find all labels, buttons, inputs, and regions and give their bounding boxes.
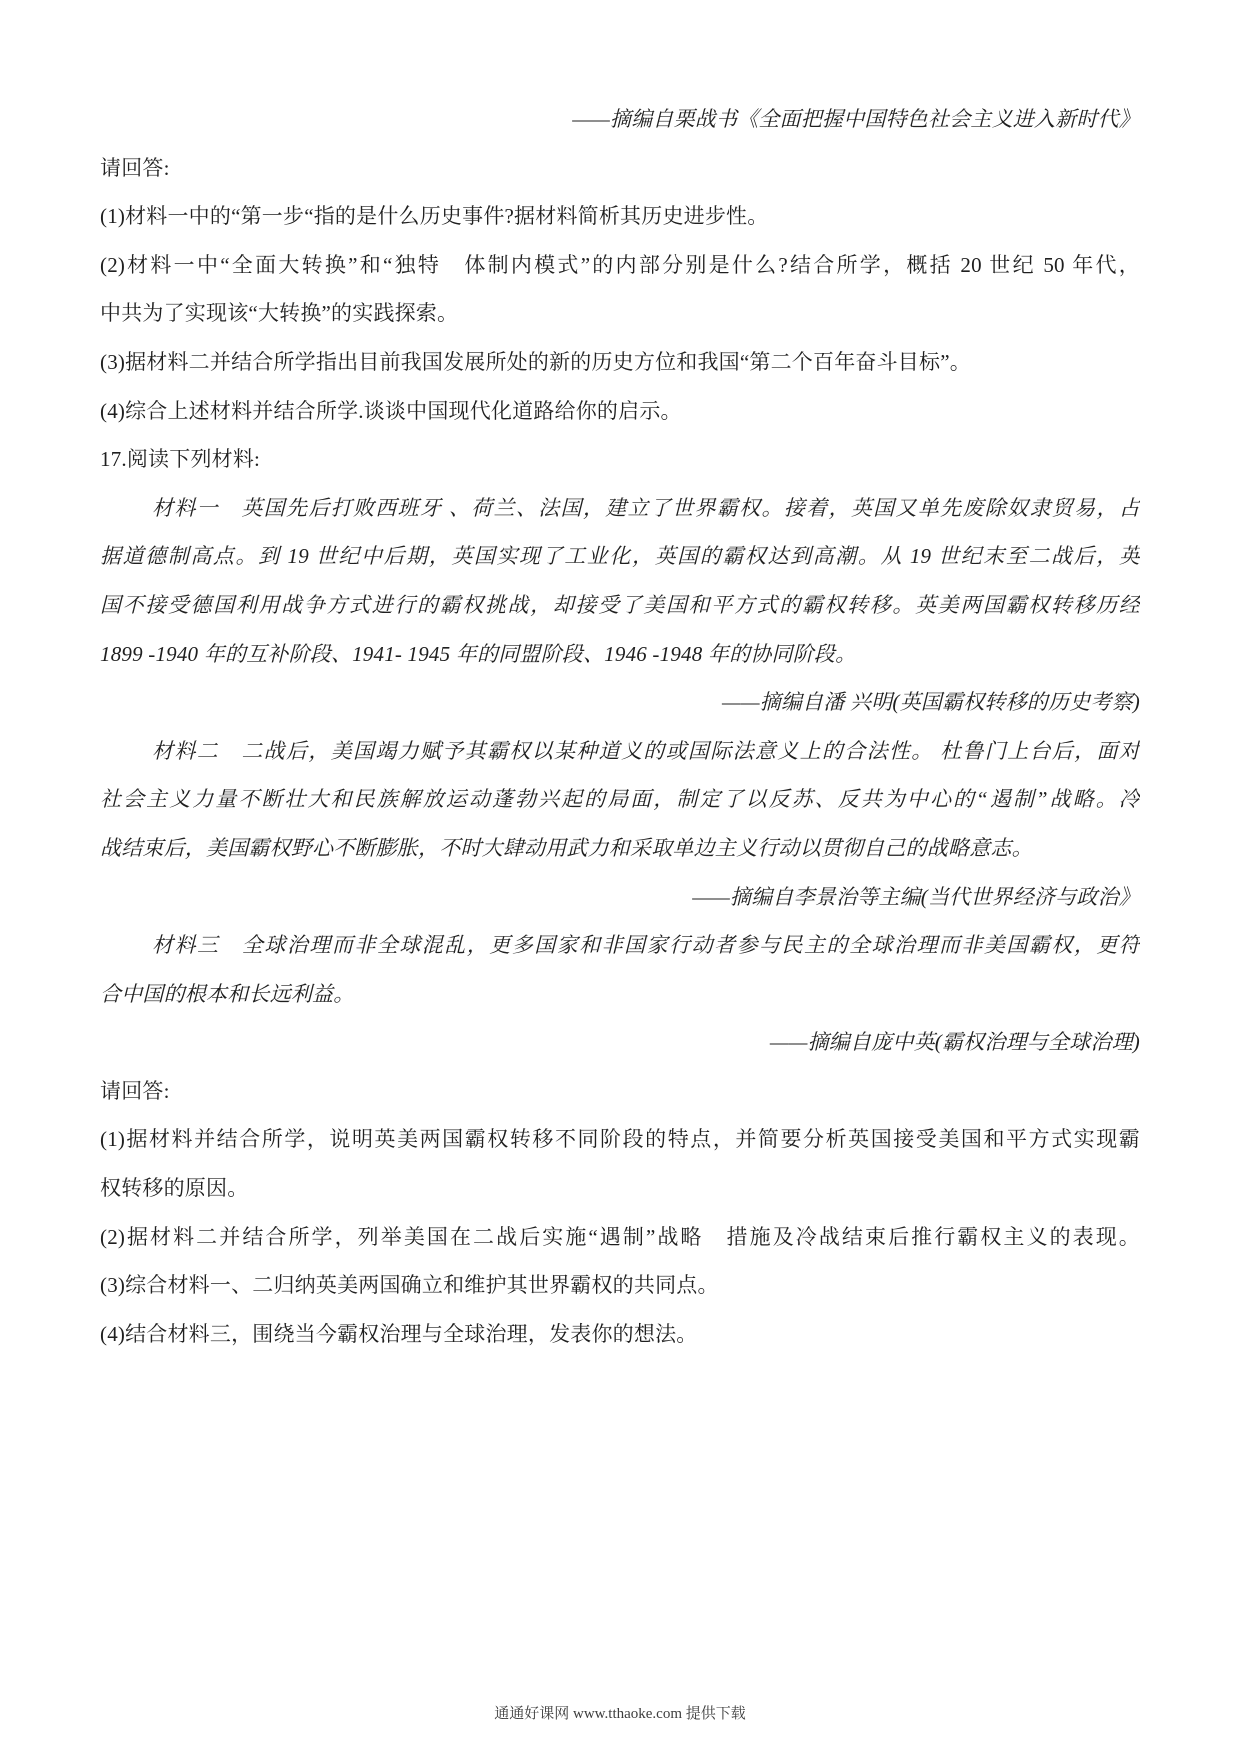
text-line: (4)综合上述材料并结合所学.谈谈中国现代化道路给你的启示。 — [100, 387, 1140, 436]
text-line: 权转移的原因。 — [100, 1164, 1140, 1213]
text-line: 国不接受德国利用战争方式进行的霸权挑战，却接受了美国和平方式的霸权转移。英美两国… — [100, 581, 1140, 630]
text-line: (1)据材料并结合所学，说明英美两国霸权转移不同阶段的特点，并简要分析英国接受美… — [100, 1115, 1140, 1164]
text-line: (3)据材料二并结合所学指出目前我国发展所处的新的历史方位和我国“第二个百年奋斗… — [100, 338, 1140, 387]
text-line: 战结束后，美国霸权野心不断膨胀，不时大肆动用武力和采取单边主义行动以贯彻自己的战… — [100, 824, 1140, 873]
text-line: (3)综合材料一、二归纳英美两国确立和维护其世界霸权的共同点。 — [100, 1261, 1140, 1310]
text-line: 材料三 全球治理而非全球混乱，更多国家和非国家行动者参与民主的全球治理而非美国霸… — [100, 921, 1140, 970]
text-line: 据道德制高点。到 19 世纪中后期，英国实现了工业化，英国的霸权达到高潮。从 1… — [100, 532, 1140, 581]
text-line: (2)据材料二并结合所学，列举美国在二战后实施“遇制”战略 措施及冷战结束后推行… — [100, 1213, 1140, 1262]
text-line: (1)材料一中的“第一步“指的是什么历史事件?据材料简析其历史进步性。 — [100, 192, 1140, 241]
text-line: 材料二 二战后，美国竭力赋予其霸权以某种道义的或国际法意义上的合法性。 杜鲁门上… — [100, 727, 1140, 776]
text-line: 请回答: — [100, 144, 1140, 193]
text-line: 社会主义力量不断壮大和民族解放运动蓬勃兴起的局面，制定了以反苏、反共为中心的“遏… — [100, 775, 1140, 824]
document-page: ——摘编自栗战书《全面把握中国特色社会主义进入新时代》请回答:(1)材料一中的“… — [0, 0, 1240, 1754]
text-line: (2)材料一中“全面大转换”和“独特 体制内模式”的内部分别是什么?结合所学，概… — [100, 241, 1140, 290]
text-line: 材料一 英国先后打败西班牙 、荷兰、法国，建立了世界霸权。接着，英国又单先废除奴… — [100, 484, 1140, 533]
text-line: ——摘编自栗战书《全面把握中国特色社会主义进入新时代》 — [100, 95, 1140, 144]
text-line: ——摘编自李景治等主编(当代世界经济与政治》 — [100, 873, 1140, 922]
text-line: 中共为了实现该“大转换”的实践探索。 — [100, 289, 1140, 338]
text-line: (4)结合材料三，围绕当今霸权治理与全球治理，发表你的想法。 — [100, 1310, 1140, 1359]
text-line: 17.阅读下列材料: — [100, 435, 1140, 484]
page-footer: 通通好课网 www.tthaoke.com 提供下载 — [0, 1702, 1240, 1723]
document-content: ——摘编自栗战书《全面把握中国特色社会主义进入新时代》请回答:(1)材料一中的“… — [100, 95, 1140, 1358]
text-line: 1899 -1940 年的互补阶段、1941- 1945 年的同盟阶段、1946… — [100, 630, 1140, 679]
footer-text: 通通好课网 www.tthaoke.com 提供下载 — [494, 1706, 746, 1722]
text-line: 合中国的根本和长远利益。 — [100, 970, 1140, 1019]
text-line: ——摘编自潘 兴明(英国霸权转移的历史考察) — [100, 678, 1140, 727]
text-line: 请回答: — [100, 1067, 1140, 1116]
text-line: ——摘编自庞中英(霸权治理与全球治理) — [100, 1018, 1140, 1067]
